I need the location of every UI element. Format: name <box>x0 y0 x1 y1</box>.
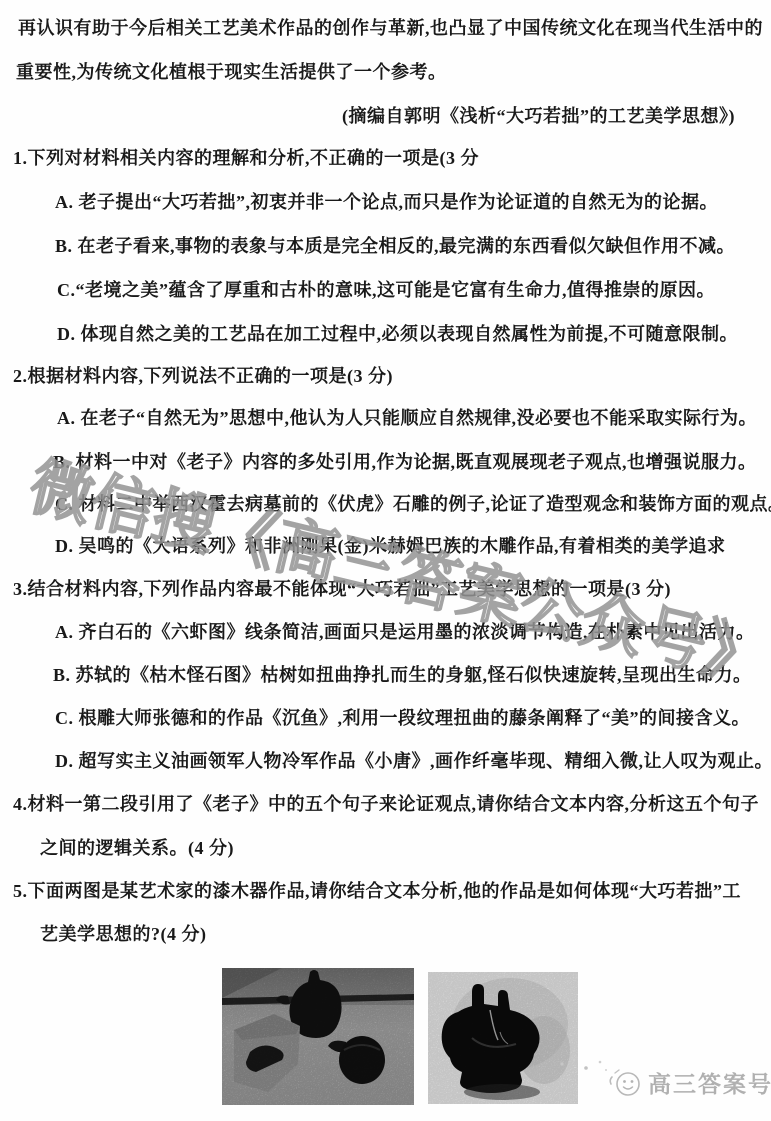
question-4-line-2: 之间的逻辑关系。(4 分) <box>40 836 234 860</box>
question-2-option-b: B. 材料一中对《老子》内容的多处引用,作为论据,既直观展现老子观点,也增强说服… <box>53 450 757 474</box>
source-attribution: (摘编自郭明《浅析“大巧若拙”的工艺美学思想》) <box>342 104 735 128</box>
question-3-option-a: A. 齐白石的《六虾图》线条简洁,画面只是运用墨的浓淡调节构造,在朴素中见出活力… <box>55 620 755 644</box>
question-2-option-c: C. 材料二中举西汉霍去病墓前的《伏虎》石雕的例子,论证了造型观念和装饰方面的观… <box>55 492 771 516</box>
question-2-stem: 2.根据材料内容,下列说法不正确的一项是(3 分) <box>13 364 393 388</box>
watermark-text: 微信搜《高三答案公众号》 <box>23 452 771 697</box>
smiley-face-icon <box>608 1067 642 1099</box>
question-3-option-c: C. 根雕大师张德和的作品《沉鱼》,利用一段纹理扭曲的藤条阐释了“美”的间接含义… <box>55 706 750 730</box>
question-4-line-1: 4.材料一第二段引用了《老子》中的五个句子来论证观点,请你结合文本内容,分析这五… <box>13 792 759 816</box>
question-3-option-d: D. 超写实主义油画领军人物冷军作品《小唐》,画作纤毫毕现、精细入微,让人叹为观… <box>55 749 771 773</box>
answer-badge-label: 高三答案号 <box>648 1066 771 1099</box>
question-1-option-d: D. 体现自然之美的工艺品在加工过程中,必须以表现自然属性为前提,不可随意限制。 <box>57 322 738 346</box>
exam-page: 再认识有助于今后相关工艺美术作品的创作与革新,也凸显了中国传统文化在现当代生活中… <box>0 0 771 1121</box>
question-1-stem: 1.下列对材料相关内容的理解和分析,不正确的一项是(3 分 <box>13 146 479 170</box>
question-1-option-c: C.“老境之美”蕴含了厚重和古朴的意味,这可能是它富有生命力,值得推崇的原因。 <box>57 278 715 302</box>
question-5-line-1: 5.下面两图是某艺术家的漆木器作品,请你结合文本分析,他的作品是如何体现“大巧若… <box>13 879 741 903</box>
question-1-option-a: A. 老子提出“大巧若拙”,初衷并非一个论点,而只是作为论证道的自然无为的论据。 <box>55 190 718 214</box>
question-2-option-a: A. 在老子“自然无为”思想中,他认为人只能顺应自然规律,没必要也不能采取实际行… <box>57 406 757 430</box>
question-3-option-b: B. 苏轼的《枯木怪石图》枯树如扭曲挣扎而生的身躯,怪石似快速旋转,呈现出生命力… <box>53 663 752 687</box>
scan-artifact <box>556 1052 612 1078</box>
artwork-photo-left <box>222 968 414 1105</box>
question-5-line-2: 艺美学思想的?(4 分) <box>40 922 207 946</box>
question-2-option-d: D. 吴鸣的《大语系列》和非洲刚果(金)米赫姆巴族的木雕作品,有着相类的美学追求 <box>55 534 725 558</box>
question-1-option-b: B. 在老子看来,事物的表象与本质是完全相反的,最完满的东西看似欠缺但作用不减。 <box>55 234 735 258</box>
answer-badge: 高三答案号 <box>608 1066 771 1099</box>
artwork-photo-right <box>428 972 578 1104</box>
intro-line-1: 再认识有助于今后相关工艺美术作品的创作与革新,也凸显了中国传统文化在现当代生活中… <box>18 16 763 40</box>
question-3-stem: 3.结合材料内容,下列作品内容最不能体现“大巧若拙”工艺美学思想的一项是(3 分… <box>13 577 671 601</box>
intro-line-2: 重要性,为传统文化植根于现实生活提供了一个参考。 <box>16 60 447 84</box>
